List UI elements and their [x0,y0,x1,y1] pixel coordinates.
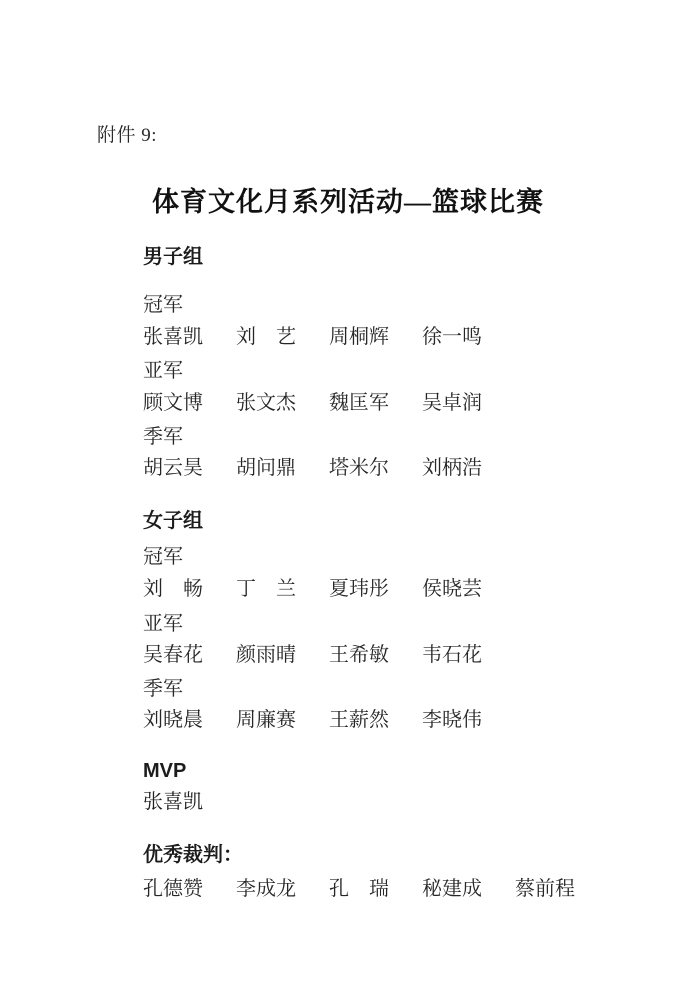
winner-name: 王薪然 [329,709,390,731]
rank-label-third: 季军 [143,678,183,700]
winner-name: 李晓伟 [422,709,483,731]
winner-name: 胡问鼎 [236,457,297,479]
winner-name: 顾文博 [143,392,204,414]
names-row: 刘 畅 丁 兰 夏玮彤 侯晓芸 [143,578,515,600]
section-heading-men: 男子组 [143,246,203,268]
winner-name: 张喜凯 [143,326,204,348]
referee-name: 秘建成 [422,878,483,900]
winner-name: 吴春花 [143,644,204,666]
section-heading-referees: 优秀裁判： [143,844,243,866]
rank-label-champion: 冠军 [143,546,183,568]
winner-name: 吴卓润 [422,392,483,414]
referee-name: 李成龙 [236,878,297,900]
winner-name: 刘 艺 [236,326,297,348]
rank-label-runner-up: 亚军 [143,613,183,635]
winner-name: 韦石花 [422,644,483,666]
names-row: 顾文博 张文杰 魏匡军 吴卓润 [143,392,515,414]
rank-label-champion: 冠军 [143,294,183,316]
section-heading-women: 女子组 [143,510,203,532]
mvp-name: 张喜凯 [143,791,203,813]
rank-label-runner-up: 亚军 [143,360,183,382]
document-title: 体育文化月系列活动—篮球比赛 [0,180,696,219]
winner-name: 颜雨晴 [236,644,297,666]
winner-name: 胡云昊 [143,457,204,479]
winner-name: 王希敏 [329,644,390,666]
names-row: 吴春花 颜雨晴 王希敏 韦石花 [143,644,515,666]
referee-name: 蔡前程 [515,878,576,900]
winner-name: 刘 畅 [143,578,204,600]
names-row: 刘晓晨 周廉赛 王薪然 李晓伟 [143,709,515,731]
winner-name: 周廉赛 [236,709,297,731]
winner-name: 张文杰 [236,392,297,414]
winner-name: 塔米尔 [329,457,390,479]
winner-name: 夏玮彤 [329,578,390,600]
attachment-label: 附件 9: [97,120,157,147]
winner-name: 刘晓晨 [143,709,204,731]
winner-name: 徐一鸣 [422,326,483,348]
winner-name: 丁 兰 [236,578,297,600]
names-row: 孔德赞 李成龙 孔 瑞 秘建成 蔡前程 [143,878,608,900]
winner-name: 魏匡军 [329,392,390,414]
winner-name: 刘柄浩 [422,457,483,479]
winner-name: 周桐辉 [329,326,390,348]
winner-name: 侯晓芸 [422,578,483,600]
referee-name: 孔德赞 [143,878,204,900]
names-row: 张喜凯 刘 艺 周桐辉 徐一鸣 [143,326,515,348]
section-heading-mvp: MVP [143,760,186,782]
document-page: 附件 9: 体育文化月系列活动—篮球比赛 男子组 冠军 张喜凯 刘 艺 周桐辉 … [0,0,696,990]
names-row: 胡云昊 胡问鼎 塔米尔 刘柄浩 [143,457,515,479]
rank-label-third: 季军 [143,426,183,448]
referee-name: 孔 瑞 [329,878,390,900]
